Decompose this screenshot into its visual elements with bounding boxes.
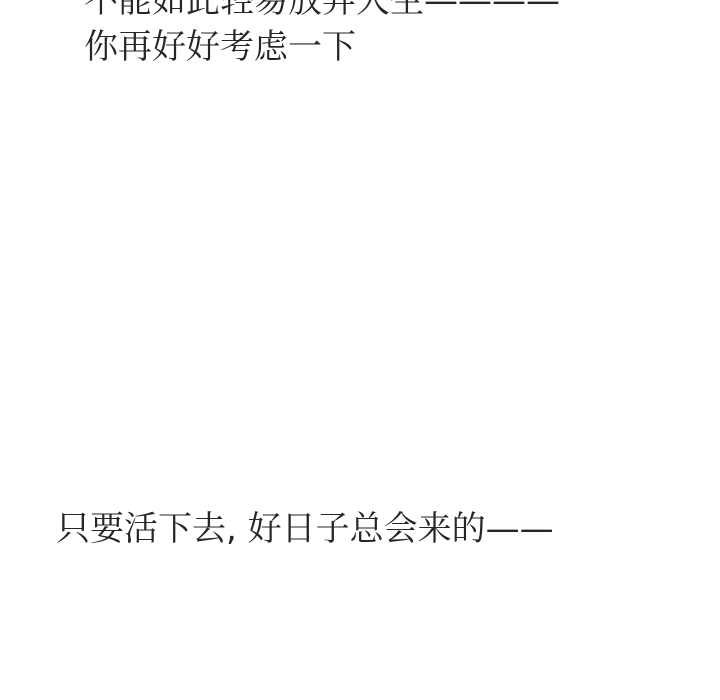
dialogue-line-top-2: 你再好好考虑一下 xyxy=(84,24,560,70)
dialogue-block-bottom: 只要活下去, 好日子总会来的—— xyxy=(56,506,554,552)
comic-page: 不能如此轻易放弃人生———— 你再好好考虑一下 只要活下去, 好日子总会来的—— xyxy=(0,0,720,700)
dialogue-block-top: 不能如此轻易放弃人生———— 你再好好考虑一下 xyxy=(84,0,560,70)
dialogue-line-bottom-1: 只要活下去, 好日子总会来的—— xyxy=(56,506,554,552)
dialogue-line-top-1: 不能如此轻易放弃人生———— xyxy=(84,0,560,24)
